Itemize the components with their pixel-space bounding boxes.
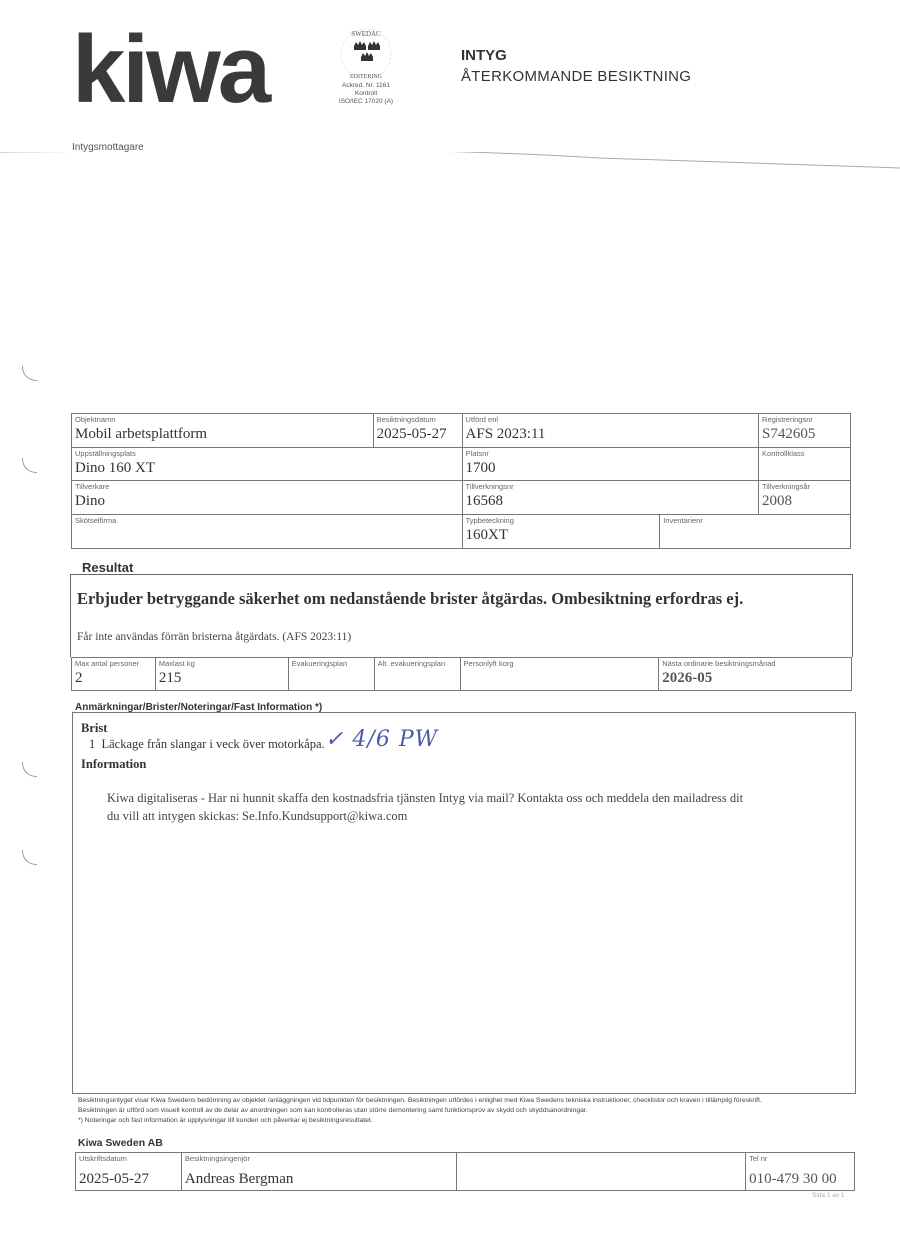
recipient-divider	[0, 152, 900, 172]
field-tillverkare: Tillverkare Dino	[72, 481, 463, 515]
brist-text: Läckage från slangar i veck över motorkå…	[102, 737, 325, 751]
accreditation-number: Ackred. Nr. 1161	[330, 82, 402, 90]
field-maxlast-kg: Maxlast kg 215	[155, 658, 288, 691]
information-heading: Information	[81, 757, 146, 772]
punch-mark	[22, 458, 37, 473]
handwritten-annotation: ✓ 4/6 PW	[325, 727, 438, 752]
field-tillverkningsar: Tillverkningsår 2008	[759, 481, 851, 515]
result-section-label: Resultat	[82, 560, 133, 575]
field-evakueringsplan: Evakueringsplan	[288, 658, 374, 691]
punch-mark	[22, 366, 37, 381]
field-alt-evakueringsplan: Alt. evakueringsplan	[374, 658, 460, 691]
field-besiktningsingenjor: Besiktningsingenjör Andreas Bergman	[181, 1153, 456, 1191]
accreditation-standard: ISO/IEC 17020 (A)	[330, 98, 402, 106]
object-info-table: Objektnamn Mobil arbetsplattform Besiktn…	[71, 413, 851, 549]
document-title: INTYG	[461, 47, 507, 64]
result-note: Får inte användas förrän bristerna åtgär…	[77, 631, 351, 643]
page-number: Sida 1 av 1	[812, 1192, 845, 1199]
punch-mark	[22, 850, 37, 865]
field-uppstallningsplats: Uppställningsplats Dino 160 XT	[72, 448, 463, 481]
brist-number: 1	[89, 737, 95, 751]
svg-text:EDITERING: EDITERING	[350, 74, 383, 80]
field-utskriftsdatum: Utskriftsdatum 2025-05-27	[76, 1153, 182, 1191]
field-besiktningsdatum: Besiktningsdatum 2025-05-27	[373, 414, 462, 448]
disclaimer: Besiktningsintyget visar Kiwa Swedens be…	[78, 1096, 798, 1126]
field-max-antal-personer: Max antal personer 2	[72, 658, 156, 691]
footer-blank-cell	[456, 1153, 746, 1191]
field-objektnamn: Objektnamn Mobil arbetsplattform	[72, 414, 374, 448]
field-typbeteckning: Typbeteckning 160XT	[462, 515, 660, 549]
result-box: Erbjuder betryggande säkerhet om nedanst…	[70, 574, 853, 657]
field-platsnr: Platsnr 1700	[462, 448, 759, 481]
result-details-table: Max antal personer 2 Maxlast kg 215 Evak…	[71, 657, 852, 691]
accreditation-type: Kontroll	[330, 90, 402, 98]
field-tillverkningsnr: Tillverkningsnr 16568	[462, 481, 759, 515]
swedac-crowns-icon: SWEDAC EDITERING	[338, 26, 394, 82]
brist-heading: Brist	[81, 721, 107, 736]
svg-text:SWEDAC: SWEDAC	[351, 30, 381, 38]
footer-table: Utskriftsdatum 2025-05-27 Besiktningsing…	[75, 1152, 855, 1191]
brist-item: 1 Läckage från slangar i veck över motor…	[89, 737, 325, 752]
field-nasta-besiktningsmanad: Nästa ordinarie besiktningsmånad 2026-05	[659, 658, 852, 691]
kiwa-logo: kiwa	[72, 22, 268, 118]
field-utford-enl: Utförd enl AFS 2023:11	[462, 414, 759, 448]
remarks-box: Brist 1 Läckage från slangar i veck över…	[72, 712, 856, 1094]
company-name: Kiwa Sweden AB	[78, 1137, 163, 1149]
disclaimer-footnote: *) Noteringar och fast information är up…	[78, 1116, 798, 1126]
field-skotselfirma: Skötselfirma	[72, 515, 463, 549]
field-registreringsnr: Registreringsnr S742605	[759, 414, 851, 448]
field-inventarienr: Inventarienr	[660, 515, 851, 549]
information-text: Kiwa digitaliseras - Har ni hunnit skaff…	[107, 789, 747, 825]
field-tel-nr: Tel nr 010-479 30 00	[746, 1153, 855, 1191]
field-kontrollklass: Kontrollklass	[759, 448, 851, 481]
document-subtitle: ÅTERKOMMANDE BESIKTNING	[461, 68, 691, 85]
result-verdict: Erbjuder betryggande säkerhet om nedanst…	[77, 589, 743, 609]
punch-mark	[22, 762, 37, 777]
field-personlyft-korg: Personlyft korg	[460, 658, 659, 691]
disclaimer-text: Besiktningsintyget visar Kiwa Swedens be…	[78, 1096, 798, 1116]
swedac-accreditation-mark: SWEDAC EDITERING Ackred. Nr. 1161 Kontro…	[330, 26, 402, 116]
